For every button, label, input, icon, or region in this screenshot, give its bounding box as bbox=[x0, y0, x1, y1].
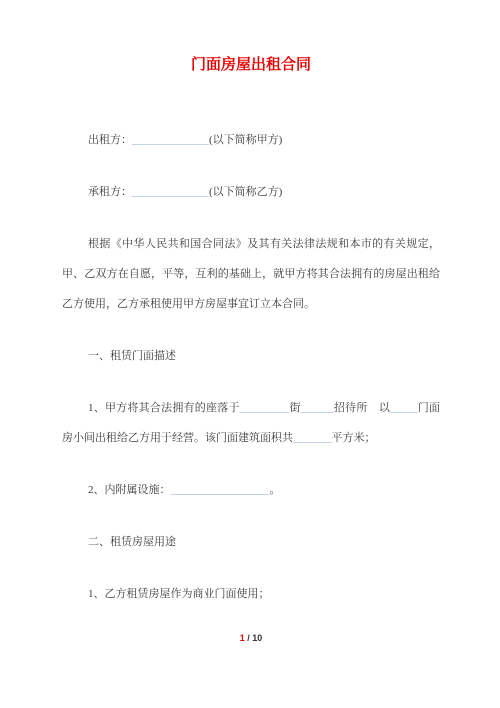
text-run: 2、内附属设施： bbox=[88, 484, 171, 496]
blank-fill-in-field: __________________ bbox=[171, 484, 270, 496]
lessor-line: 出租方：______________(以下简称甲方) bbox=[62, 125, 440, 155]
text-run: 一、租赁门面描述 bbox=[88, 350, 176, 362]
total-page-count: 10 bbox=[252, 633, 262, 643]
text-run: 出租方： bbox=[88, 134, 132, 146]
text-run: 根据《中华人民共和国合同法》及其有关法律法规和本市的有关规定，甲、乙双方在自愿，… bbox=[62, 238, 440, 310]
section-2-heading: 二、租赁房屋用途 bbox=[62, 527, 440, 557]
text-run: 承租方： bbox=[88, 186, 132, 198]
blank-fill-in-field: _____ bbox=[390, 402, 418, 414]
text-run: 。 bbox=[270, 484, 281, 496]
blank-fill-in-field: ______________ bbox=[132, 186, 209, 198]
clause-1-2: 2、内附属设施：__________________。 bbox=[62, 475, 440, 505]
text-run: 招待所 以 bbox=[334, 402, 390, 414]
blank-fill-in-field: _______ bbox=[293, 432, 332, 444]
blank-fill-in-field: ______________ bbox=[132, 134, 209, 146]
text-run: 1、甲方将其合法拥有的座落于 bbox=[88, 402, 240, 414]
document-title: 门面房屋出租合同 bbox=[62, 56, 440, 73]
document-page: 门面房屋出租合同 出租方：______________(以下简称甲方)承租方：_… bbox=[0, 0, 500, 708]
text-run: (以下简称乙方) bbox=[209, 186, 282, 198]
preamble-paragraph: 根据《中华人民共和国合同法》及其有关法律法规和本市的有关规定，甲、乙双方在自愿，… bbox=[62, 229, 440, 319]
blank-fill-in-field: ______ bbox=[301, 402, 334, 414]
text-run: (以下简称甲方) bbox=[209, 134, 282, 146]
section-1-heading: 一、租赁门面描述 bbox=[62, 341, 440, 371]
page-footer: 1 / 10 bbox=[62, 631, 440, 645]
text-run: 二、租赁房屋用途 bbox=[88, 536, 176, 548]
text-run: 街 bbox=[289, 402, 300, 414]
document-body: 出租方：______________(以下简称甲方)承租方：__________… bbox=[62, 125, 440, 609]
text-run: 1、乙方租赁房屋作为商业门面使用； bbox=[88, 588, 270, 600]
clause-1-1: 1、甲方将其合法拥有的座落于_________街______招待所 以_____… bbox=[62, 393, 440, 453]
clause-2-1: 1、乙方租赁房屋作为商业门面使用； bbox=[62, 579, 440, 609]
blank-fill-in-field: _________ bbox=[240, 402, 290, 414]
lessee-line: 承租方：______________(以下简称乙方) bbox=[62, 177, 440, 207]
text-run: 平方米； bbox=[332, 432, 376, 444]
